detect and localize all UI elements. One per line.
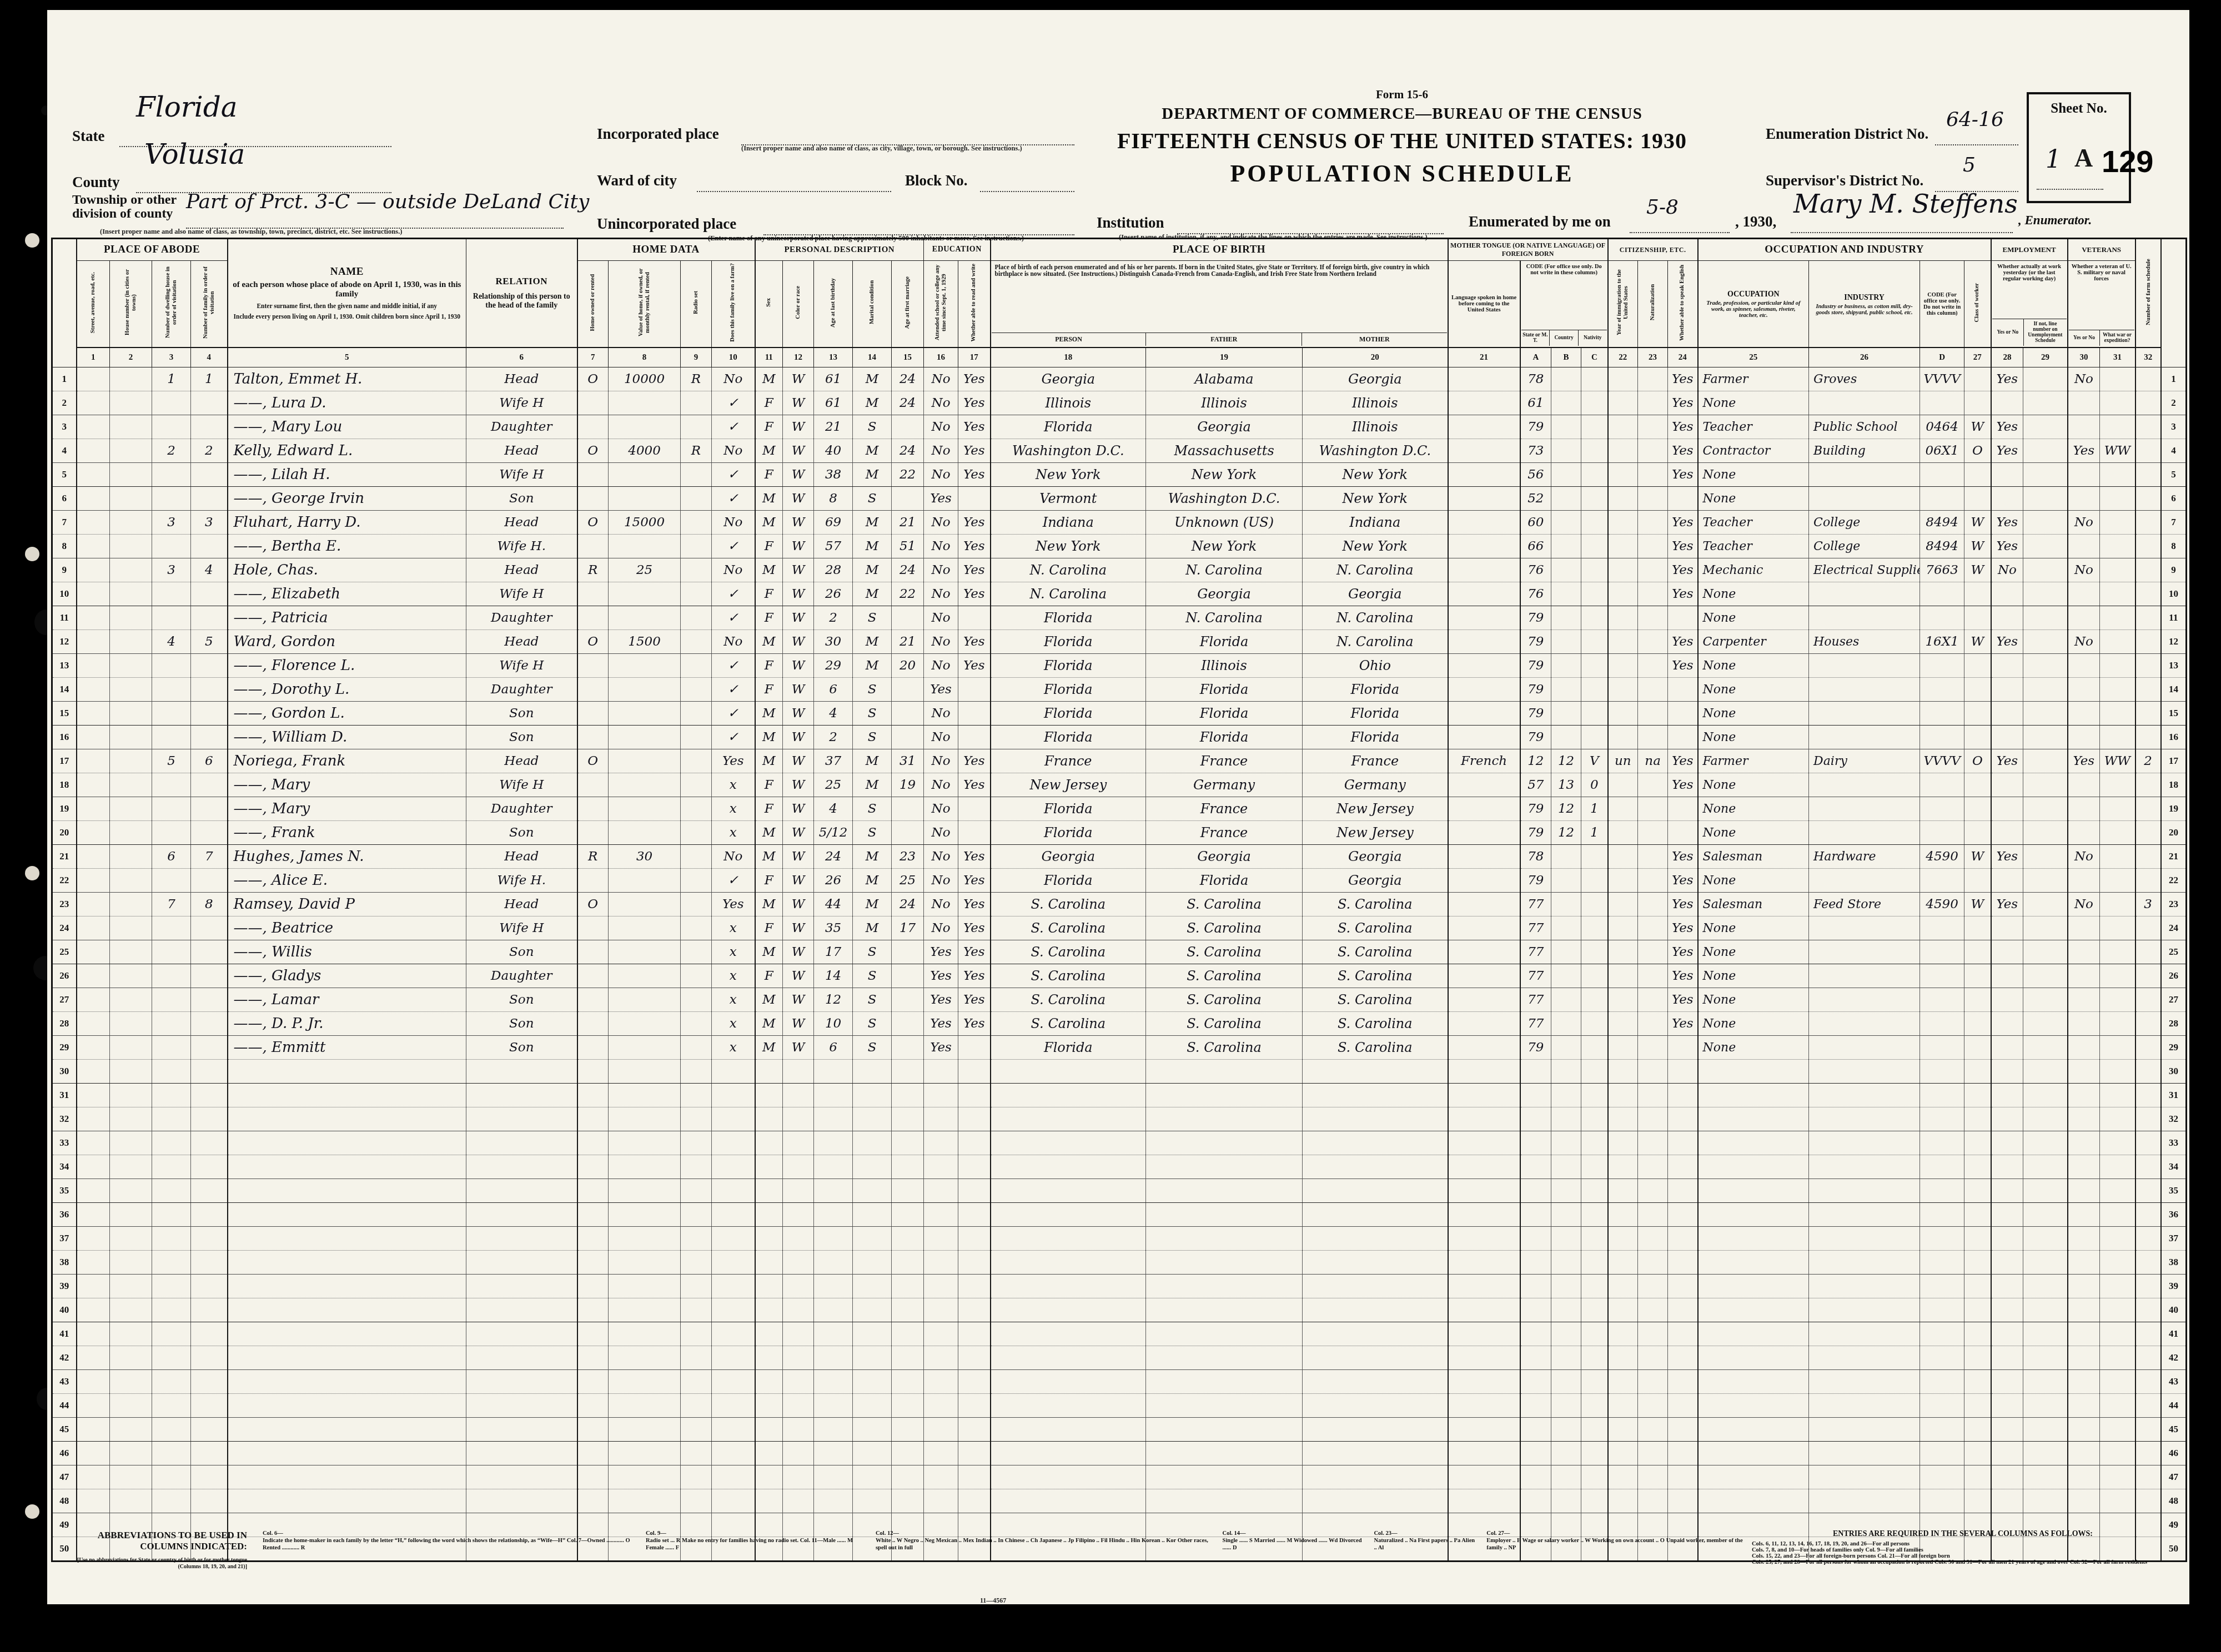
cell-ag: [814, 1489, 853, 1513]
cell-na: [1638, 964, 1668, 988]
cell-na: [1638, 1012, 1668, 1036]
cell-ul: [2023, 1346, 2068, 1370]
cell-ra: W: [783, 606, 814, 630]
cell-sc: No: [924, 630, 958, 654]
cell-wr: [2100, 726, 2135, 749]
cell-ul: [2023, 463, 2068, 487]
cell-ra: W: [783, 558, 814, 582]
cell-fa: No: [712, 439, 755, 463]
cell-mb: [1303, 1060, 1448, 1084]
cell-mb: Washington D.C.: [1303, 439, 1448, 463]
cell-en: [1668, 1203, 1698, 1227]
entries-item: Cols. 15, 22, and 23—For all foreign-bor…: [1752, 1553, 2174, 1559]
cell-rl: [466, 1155, 577, 1179]
cell-wr: [2100, 1036, 2135, 1060]
cell-pb: S. Carolina: [991, 988, 1146, 1012]
entries-item: Cols. 6, 11, 12, 13, 14, 16, 17, 18, 19,…: [1752, 1541, 2174, 1547]
cell-wk: [1991, 1418, 2023, 1442]
col-number-A: A: [1520, 347, 1551, 367]
cell-ag: [814, 1346, 853, 1370]
cell-sc: Yes: [924, 988, 958, 1012]
cell-lg: [1448, 1275, 1520, 1298]
cell-fa: No: [712, 630, 755, 654]
cell-cb: [1551, 1084, 1581, 1107]
cell-rw: [958, 487, 991, 511]
cell-cd: [1920, 821, 1964, 845]
cell-line-number-right: 18: [2161, 773, 2187, 797]
cell-vt: [2068, 1298, 2100, 1322]
cell-sx: [755, 1227, 783, 1251]
incorporated-label: Incorporated place: [597, 125, 719, 143]
cell-cb: [1551, 535, 1581, 558]
cell-im: [1608, 916, 1638, 940]
cell-ra: [783, 1131, 814, 1155]
cell-cw: [1964, 1036, 1991, 1060]
cell-cw: [1964, 797, 1991, 821]
cell-sx: [755, 1251, 783, 1275]
cell-mc: S: [853, 726, 892, 749]
cell-cc: V: [1581, 749, 1608, 773]
cell-ra: [783, 1298, 814, 1322]
cell-fs: 2: [2135, 749, 2161, 773]
cell-dw: [152, 1155, 191, 1179]
cell-fm: [191, 678, 228, 702]
cell-line-number: 47: [52, 1465, 77, 1489]
cell-im: [1608, 702, 1638, 726]
cell-en: [1668, 1489, 1698, 1513]
census-row: 3636: [52, 1203, 2187, 1227]
col-number-5: 5: [228, 347, 466, 367]
cell-en: Yes: [1668, 749, 1698, 773]
cell-am: 19: [892, 773, 924, 797]
col-number-15: 15: [892, 347, 924, 367]
cell-fs: [2135, 1489, 2161, 1513]
cell-rw: Yes: [958, 415, 991, 439]
cell-en: [1668, 1107, 1698, 1131]
cell-st: [77, 463, 110, 487]
cell-ow: [577, 1036, 609, 1060]
cell-im: [1608, 1012, 1638, 1036]
cell-wk: [1991, 1465, 2023, 1489]
cell-fm: 4: [191, 558, 228, 582]
cell-fs: [2135, 606, 2161, 630]
cell-mc: S: [853, 487, 892, 511]
cell-cc: [1581, 845, 1608, 869]
cell-lg: [1448, 1251, 1520, 1275]
cell-wr: [2100, 1155, 2135, 1179]
cell-oc: None: [1698, 726, 1809, 749]
cell-fm: [191, 1155, 228, 1179]
cell-vl: [609, 1131, 681, 1155]
cell-mc: M: [853, 916, 892, 940]
cell-fa: Yes: [712, 749, 755, 773]
cell-in: College: [1809, 511, 1920, 535]
cell-vl: [609, 749, 681, 773]
cell-line-number: 18: [52, 773, 77, 797]
census-row: 26——, GladysDaughterxFW14SYesYesS. Carol…: [52, 964, 2187, 988]
cell-rl: [466, 1298, 577, 1322]
cell-vl: [609, 678, 681, 702]
cell-wr: [2100, 1131, 2135, 1155]
cell-cb: [1551, 463, 1581, 487]
cell-st: [77, 558, 110, 582]
cell-mc: [853, 1227, 892, 1251]
cell-ul: [2023, 869, 2068, 893]
cell-cd: [1920, 797, 1964, 821]
cell-am: [892, 1370, 924, 1394]
township-value: Part of Prct. 3-C — outside DeLand City: [186, 192, 589, 212]
cell-ul: [2023, 1179, 2068, 1203]
schedule-title: POPULATION SCHEDULE: [1080, 159, 1724, 188]
cell-oc: Salesman: [1698, 893, 1809, 916]
col-desc-mc: Marital condition: [853, 261, 892, 348]
cell-na: [1638, 1060, 1668, 1084]
cell-am: [892, 797, 924, 821]
cell-wr: WW: [2100, 439, 2135, 463]
cell-dw: [152, 1394, 191, 1418]
cell-fb: [1146, 1322, 1303, 1346]
cell-vl: [609, 1394, 681, 1418]
cell-line-number: 34: [52, 1155, 77, 1179]
cell-fm: [191, 1036, 228, 1060]
cell-rd: [681, 391, 712, 415]
cell-line-number-right: 43: [2161, 1370, 2187, 1394]
cell-wk: [1991, 1179, 2023, 1203]
cell-cw: O: [1964, 749, 1991, 773]
cell-fb: Illinois: [1146, 391, 1303, 415]
cell-st: [77, 1227, 110, 1251]
cell-wk: [1991, 916, 2023, 940]
cell-cb: [1551, 1370, 1581, 1394]
col-number-14: 14: [853, 347, 892, 367]
cell-fm: [191, 1251, 228, 1275]
cell-rd: [681, 1060, 712, 1084]
cell-nm: ——, Lura D.: [228, 391, 466, 415]
cell-ow: [577, 797, 609, 821]
col-desc-cw: Class of worker: [1964, 261, 1991, 348]
cell-hn: [110, 916, 152, 940]
cell-line-number-right: 3: [2161, 415, 2187, 439]
cell-rw: [958, 1179, 991, 1203]
cell-ca: 52: [1520, 487, 1551, 511]
cell-cw: [1964, 1155, 1991, 1179]
cell-cd: [1920, 916, 1964, 940]
cell-ul: [2023, 988, 2068, 1012]
cell-oc: Teacher: [1698, 535, 1809, 558]
cell-pb: [991, 1442, 1146, 1465]
cell-nm: [228, 1394, 466, 1418]
cell-mc: S: [853, 797, 892, 821]
cell-vl: [609, 1084, 681, 1107]
cell-cw: [1964, 1131, 1991, 1155]
cell-ca: 78: [1520, 845, 1551, 869]
cell-fm: [191, 1418, 228, 1442]
cell-en: [1668, 1442, 1698, 1465]
cell-ul: [2023, 1442, 2068, 1465]
cell-mb: Ohio: [1303, 654, 1448, 678]
cell-ag: 6: [814, 1036, 853, 1060]
cell-fb: New York: [1146, 535, 1303, 558]
cell-cb: [1551, 391, 1581, 415]
cell-st: [77, 749, 110, 773]
cell-in: [1809, 1251, 1920, 1275]
cell-fb: N. Carolina: [1146, 558, 1303, 582]
cell-fb: [1146, 1346, 1303, 1370]
census-row: 29——, EmmittSonxMW6SYesFloridaS. Carolin…: [52, 1036, 2187, 1060]
cell-wk: [1991, 726, 2023, 749]
cell-am: [892, 415, 924, 439]
cell-line-number: 14: [52, 678, 77, 702]
cell-ag: [814, 1179, 853, 1203]
col-desc-code-b: Country: [1549, 330, 1578, 346]
cell-hn: [110, 726, 152, 749]
cell-ow: [577, 1394, 609, 1418]
cell-ow: [577, 916, 609, 940]
cell-cc: [1581, 1131, 1608, 1155]
cell-rw: Yes: [958, 367, 991, 391]
cell-ra: W: [783, 391, 814, 415]
cell-ca: [1520, 1107, 1551, 1131]
cell-im: [1608, 1322, 1638, 1346]
cell-rl: Head: [466, 511, 577, 535]
cell-rd: [681, 940, 712, 964]
cell-wk: [1991, 391, 2023, 415]
col-number-13: 13: [814, 347, 853, 367]
cell-ra: W: [783, 964, 814, 988]
cell-am: [892, 964, 924, 988]
cell-oc: None: [1698, 869, 1809, 893]
cell-en: [1668, 1465, 1698, 1489]
cell-fa: [712, 1179, 755, 1203]
cell-ul: [2023, 773, 2068, 797]
cell-oc: Carpenter: [1698, 630, 1809, 654]
cell-fa: No: [712, 511, 755, 535]
cell-fa: [712, 1394, 755, 1418]
cell-ow: [577, 1465, 609, 1489]
cell-hn: [110, 797, 152, 821]
cell-en: [1668, 1298, 1698, 1322]
cell-cc: [1581, 1107, 1608, 1131]
cell-ul: [2023, 1203, 2068, 1227]
cell-am: [892, 1203, 924, 1227]
cell-dw: 4: [152, 630, 191, 654]
cell-lg: [1448, 726, 1520, 749]
cell-sx: [755, 1203, 783, 1227]
cell-cw: [1964, 1107, 1991, 1131]
cell-oc: Farmer: [1698, 749, 1809, 773]
cell-rl: Wife H: [466, 582, 577, 606]
cell-ul: [2023, 1418, 2068, 1442]
cell-sx: M: [755, 511, 783, 535]
group-tongue: MOTHER TONGUE (OR NATIVE LANGUAGE) OF FO…: [1448, 239, 1608, 261]
cell-ag: 44: [814, 893, 853, 916]
cell-cb: [1551, 1346, 1581, 1370]
col-number-26: 26: [1809, 347, 1920, 367]
cell-cd: VVVV: [1920, 367, 1964, 391]
cell-rw: [958, 1060, 991, 1084]
cell-wk: [1991, 940, 2023, 964]
cell-fb: Alabama: [1146, 367, 1303, 391]
cell-ra: [783, 1227, 814, 1251]
population-schedule-table: PLACE OF ABODENAMEof each person whose p…: [51, 238, 2187, 1562]
cell-pb: Florida: [991, 415, 1146, 439]
cell-im: [1608, 893, 1638, 916]
cell-rl: [466, 1084, 577, 1107]
cell-line-number-right: 48: [2161, 1489, 2187, 1513]
cell-rw: Yes: [958, 558, 991, 582]
cell-fb: N. Carolina: [1146, 606, 1303, 630]
col-desc-im: Year of immigration to the United States: [1608, 261, 1638, 348]
cell-sc: No: [924, 893, 958, 916]
cell-sx: M: [755, 367, 783, 391]
cell-im: [1608, 940, 1638, 964]
cell-im: [1608, 1084, 1638, 1107]
cell-na: [1638, 916, 1668, 940]
cell-lg: [1448, 1155, 1520, 1179]
cell-cc: [1581, 964, 1608, 988]
cell-ul: [2023, 1036, 2068, 1060]
cell-am: [892, 988, 924, 1012]
cell-rl: Head: [466, 439, 577, 463]
cell-nm: [228, 1370, 466, 1394]
cell-cw: [1964, 367, 1991, 391]
cell-ag: 4: [814, 797, 853, 821]
cell-st: [77, 630, 110, 654]
cell-mb: [1303, 1203, 1448, 1227]
cell-im: [1608, 487, 1638, 511]
census-row: 733Fluhart, Harry D.HeadO15000NoMW69M21N…: [52, 511, 2187, 535]
census-row: 4444: [52, 1394, 2187, 1418]
cell-pb: Florida: [991, 630, 1146, 654]
cell-hn: [110, 678, 152, 702]
cell-vl: [609, 487, 681, 511]
cell-oc: None: [1698, 463, 1809, 487]
cell-cc: [1581, 606, 1608, 630]
cell-in: [1809, 1322, 1920, 1346]
cell-vt: No: [2068, 630, 2100, 654]
cell-oc: [1698, 1155, 1809, 1179]
cell-line-number-right: 16: [2161, 726, 2187, 749]
cell-wr: [2100, 821, 2135, 845]
cell-lg: [1448, 1227, 1520, 1251]
cell-mc: [853, 1346, 892, 1370]
cell-mb: S. Carolina: [1303, 1012, 1448, 1036]
cell-wk: [1991, 678, 2023, 702]
cell-in: Hardware: [1809, 845, 1920, 869]
cell-st: [77, 988, 110, 1012]
cell-line-number-right: 11: [2161, 606, 2187, 630]
cell-ra: W: [783, 845, 814, 869]
cell-na: [1638, 1275, 1668, 1298]
cell-fm: [191, 1275, 228, 1298]
cell-nm: Talton, Emmet H.: [228, 367, 466, 391]
cell-ra: [783, 1084, 814, 1107]
cell-am: [892, 1346, 924, 1370]
cell-ag: 69: [814, 511, 853, 535]
cell-line-number: 22: [52, 869, 77, 893]
cell-fm: [191, 1012, 228, 1036]
cell-fa: x: [712, 1036, 755, 1060]
col-desc-lg: Language spoken in home before coming to…: [1448, 261, 1520, 348]
cell-ow: O: [577, 630, 609, 654]
cell-ca: 77: [1520, 893, 1551, 916]
cell-vl: [609, 726, 681, 749]
cell-na: [1638, 678, 1668, 702]
cell-sx: [755, 1155, 783, 1179]
cell-in: [1809, 1227, 1920, 1251]
cell-in: [1809, 1465, 1920, 1489]
cell-line-number-right: 26: [2161, 964, 2187, 988]
cell-rl: [466, 1060, 577, 1084]
cell-ag: [814, 1394, 853, 1418]
cell-sc: [924, 1442, 958, 1465]
cell-cb: [1551, 1107, 1581, 1131]
cell-st: [77, 1107, 110, 1131]
col-desc-sx: Sex: [755, 261, 783, 348]
cell-mc: M: [853, 367, 892, 391]
cell-fs: [2135, 1346, 2161, 1370]
cell-ow: [577, 1107, 609, 1131]
cell-cb: [1551, 845, 1581, 869]
cell-cd: [1920, 1370, 1964, 1394]
cell-fs: [2135, 678, 2161, 702]
cell-na: [1638, 558, 1668, 582]
cell-cc: [1581, 726, 1608, 749]
cell-ca: 79: [1520, 1036, 1551, 1060]
cell-st: [77, 1346, 110, 1370]
state-value: Florida: [136, 93, 238, 121]
cell-na: [1638, 1370, 1668, 1394]
cell-ca: 12: [1520, 749, 1551, 773]
cell-fs: [2135, 726, 2161, 749]
cell-cc: [1581, 535, 1608, 558]
cell-im: [1608, 511, 1638, 535]
cell-wk: [1991, 1346, 2023, 1370]
col-desc-emp-yes: Yes or No: [1992, 319, 2024, 346]
cell-fa: [712, 1275, 755, 1298]
cell-im: [1608, 367, 1638, 391]
cell-ul: [2023, 893, 2068, 916]
cell-cw: [1964, 463, 1991, 487]
cell-na: [1638, 1084, 1668, 1107]
cell-na: [1638, 1418, 1668, 1442]
cell-mc: [853, 1251, 892, 1275]
cell-cd: 4590: [1920, 893, 1964, 916]
cell-im: [1608, 415, 1638, 439]
cell-fb: Georgia: [1146, 845, 1303, 869]
census-row: 3232: [52, 1107, 2187, 1131]
cell-nm: ——, William D.: [228, 726, 466, 749]
cell-mc: S: [853, 821, 892, 845]
cell-vt: [2068, 702, 2100, 726]
cell-sc: Yes: [924, 940, 958, 964]
cell-rd: [681, 1275, 712, 1298]
cell-ra: [783, 1465, 814, 1489]
cell-rw: [958, 1418, 991, 1442]
cell-im: [1608, 1131, 1638, 1155]
cell-en: [1668, 1131, 1698, 1155]
cell-sc: No: [924, 797, 958, 821]
cell-line-number: 12: [52, 630, 77, 654]
census-row: 2——, Lura D.Wife H✓FW61M24NoYesIllinoisI…: [52, 391, 2187, 415]
cell-rl: Daughter: [466, 797, 577, 821]
cell-cw: [1964, 988, 1991, 1012]
cell-vl: [609, 988, 681, 1012]
cell-lg: [1448, 1060, 1520, 1084]
cell-wr: [2100, 1322, 2135, 1346]
cell-rl: [466, 1107, 577, 1131]
cell-mc: M: [853, 773, 892, 797]
